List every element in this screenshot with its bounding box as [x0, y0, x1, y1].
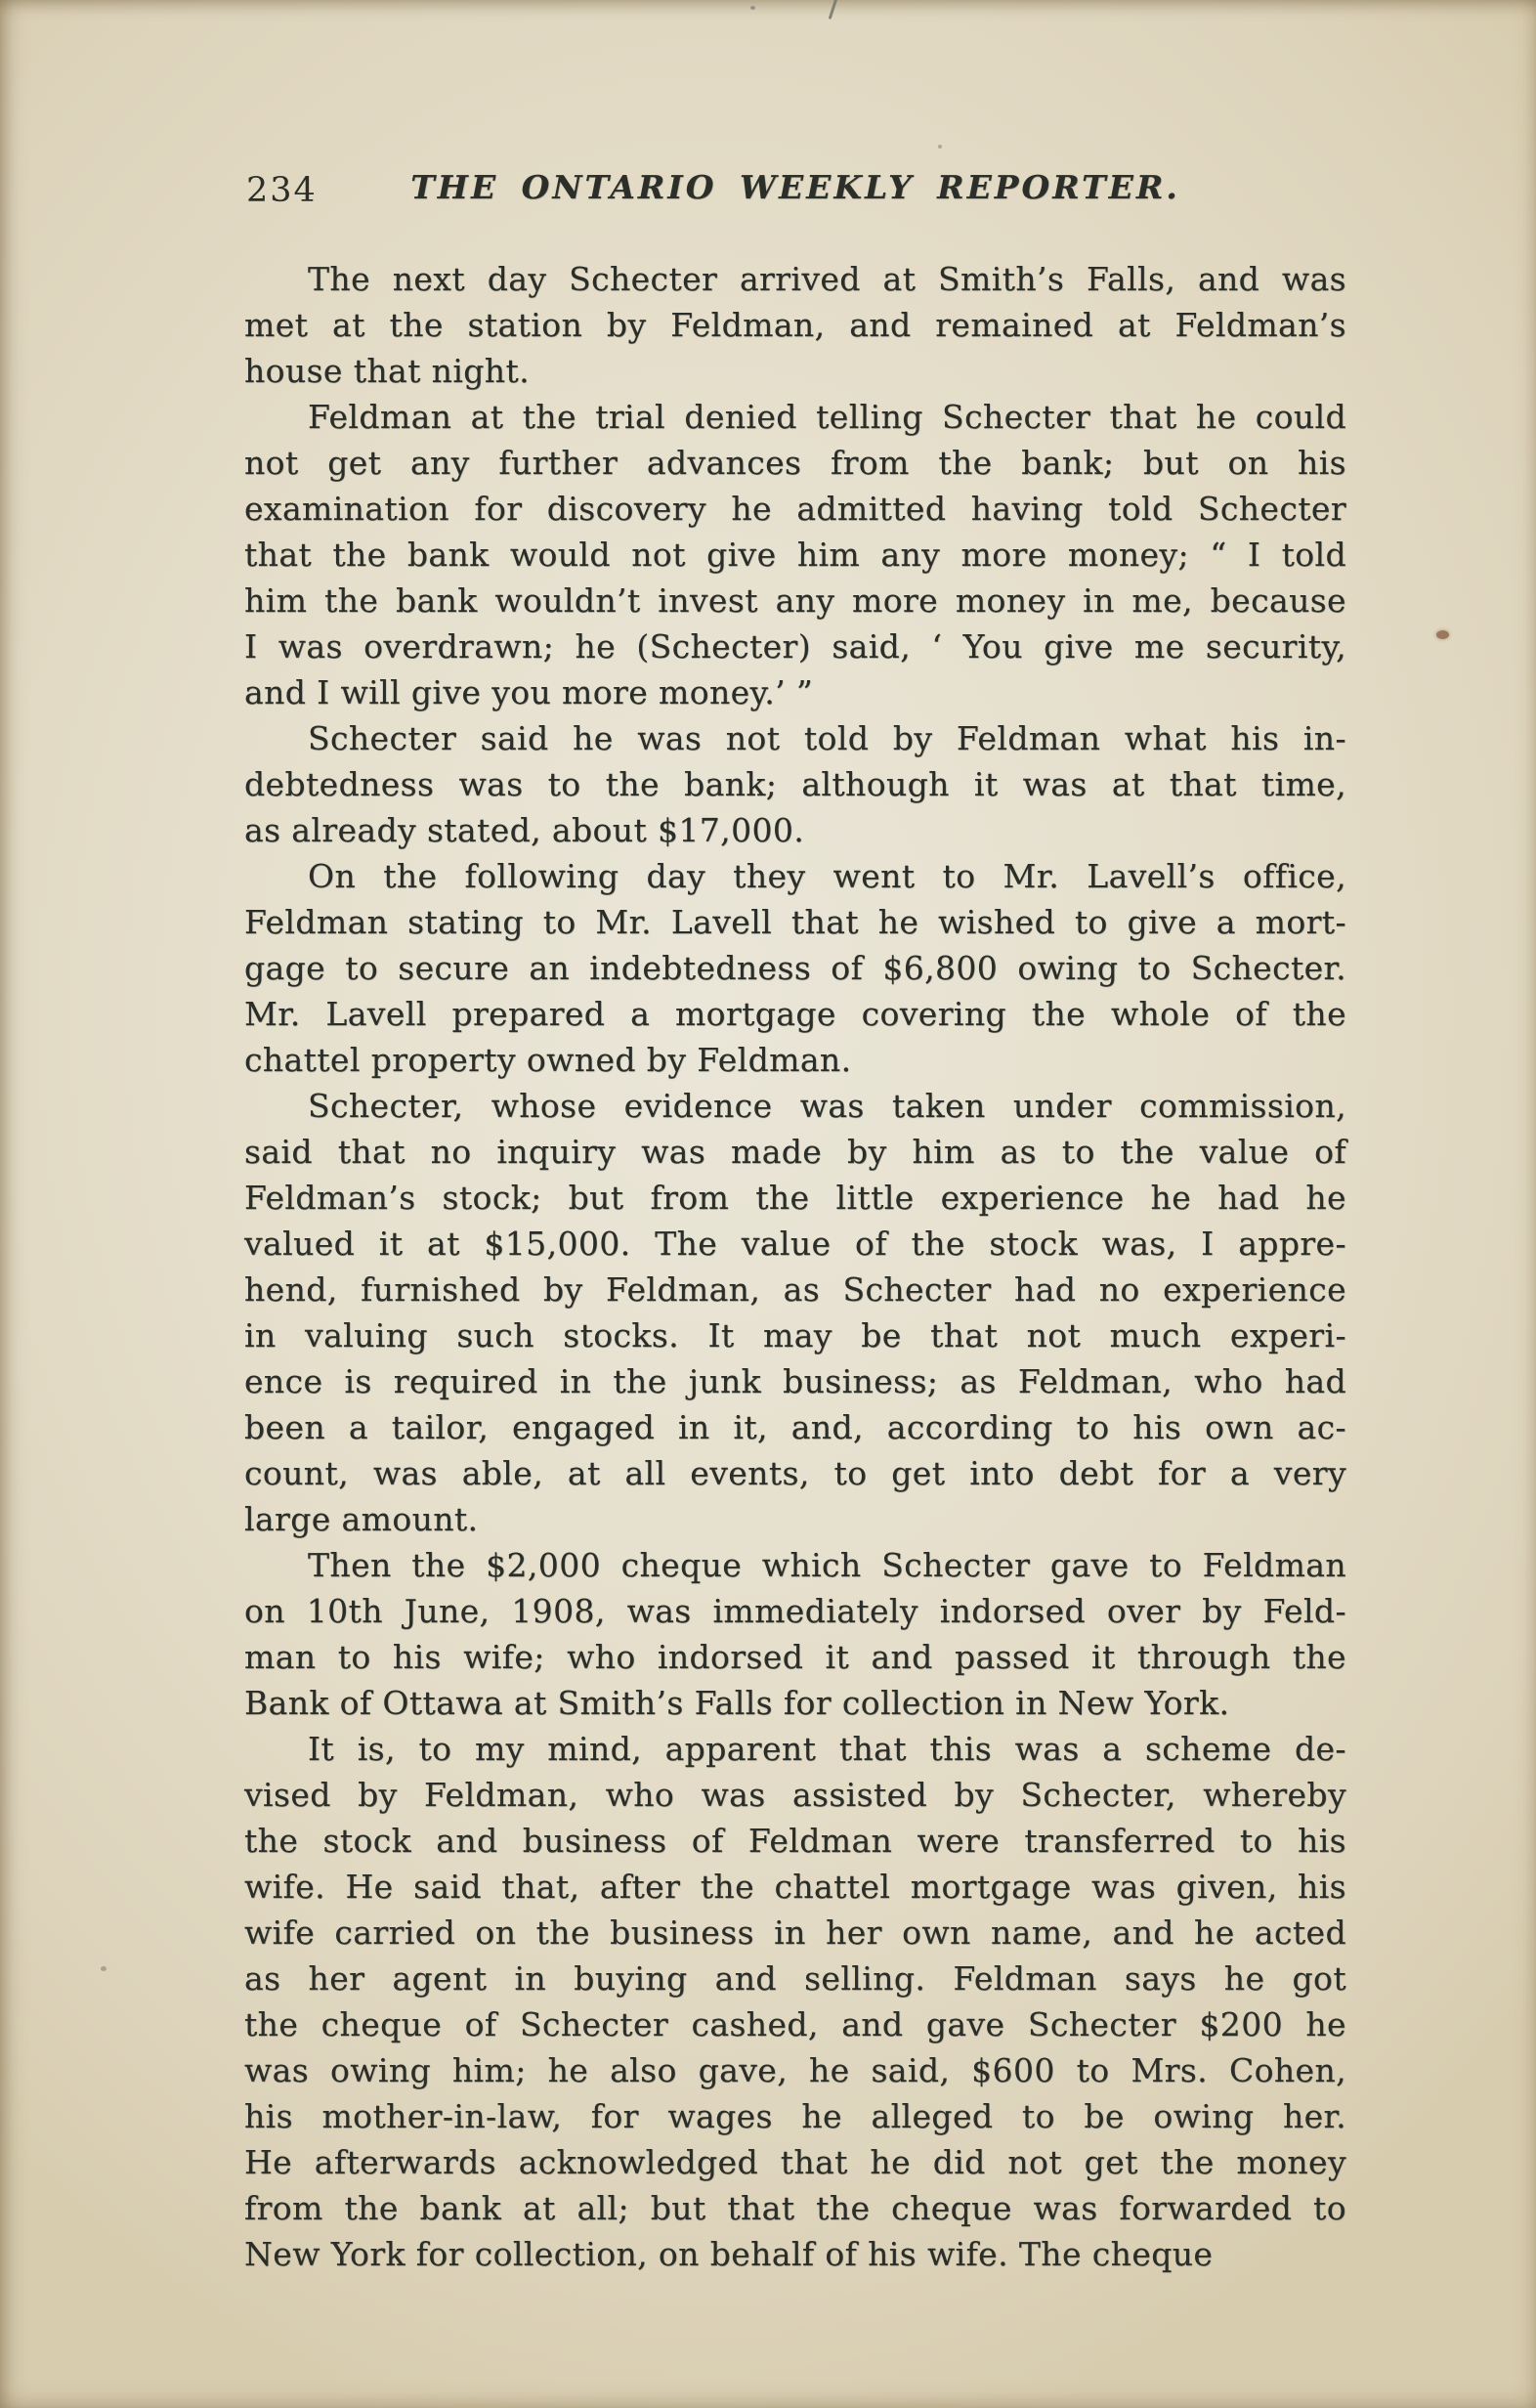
- page-number: 234: [246, 171, 318, 210]
- page-body: The next day Schecter arrived at Smith’s…: [244, 256, 1346, 2277]
- text-line: chattel property owned by Feldman.: [244, 1037, 1346, 1083]
- text-line: It is, to my mind, apparent that this wa…: [244, 1726, 1346, 1772]
- text-line: wife. He said that, after the chattel mo…: [244, 1864, 1346, 1910]
- paragraph: It is, to my mind, apparent that this wa…: [244, 1726, 1346, 2277]
- scan-speck-margin: [101, 1966, 107, 1971]
- text-line: him the bank wouldn’t invest any more mo…: [244, 578, 1346, 623]
- text-line: He afterwards acknowledged that he did n…: [244, 2139, 1346, 2185]
- scan-speck-faint: [938, 145, 942, 149]
- text-line: count, was able, at all events, to get i…: [244, 1450, 1346, 1496]
- text-line: wife carried on the business in her own …: [244, 1910, 1346, 1956]
- scan-speck-slash: [829, 0, 838, 20]
- text-line: been a tailor, engaged in it, and, accor…: [244, 1404, 1346, 1450]
- paragraph: Feldman at the trial denied telling Sche…: [244, 394, 1346, 715]
- text-line: large amount.: [244, 1496, 1346, 1542]
- text-line: the stock and business of Feldman were t…: [244, 1818, 1346, 1864]
- scan-speck-dot: [750, 6, 755, 10]
- text-line: as her agent in buying and selling. Feld…: [244, 1956, 1346, 2001]
- scan-speck-brown: [1436, 630, 1449, 639]
- text-line: On the following day they went to Mr. La…: [244, 853, 1346, 899]
- text-line: ence is required in the junk business; a…: [244, 1358, 1346, 1404]
- text-line: Mr. Lavell prepared a mortgage covering …: [244, 991, 1346, 1037]
- text-line: and I will give you more money.’ ”: [244, 669, 1346, 715]
- text-line: his mother-in-law, for wages he alleged …: [244, 2093, 1346, 2139]
- text-line: Feldman’s stock; but from the little exp…: [244, 1175, 1346, 1221]
- page-header: 234 THE ONTARIO WEEKLY REPORTER.: [244, 168, 1346, 211]
- text-line: examination for discovery he admitted ha…: [244, 486, 1346, 532]
- running-title: THE ONTARIO WEEKLY REPORTER.: [244, 168, 1346, 206]
- text-line: man to his wife; who indorsed it and pas…: [244, 1634, 1346, 1680]
- paragraph: The next day Schecter arrived at Smith’s…: [244, 256, 1346, 394]
- text-line: in valuing such stocks. It may be that n…: [244, 1312, 1346, 1358]
- text-line: not get any further advances from the ba…: [244, 440, 1346, 486]
- text-line: Feldman stating to Mr. Lavell that he wi…: [244, 899, 1346, 945]
- text-line: on 10th June, 1908, was immediately indo…: [244, 1588, 1346, 1634]
- text-line: I was overdrawn; he (Schecter) said, ‘ Y…: [244, 623, 1346, 669]
- text-line: Then the $2,000 cheque which Schecter ga…: [244, 1542, 1346, 1588]
- paragraph: Then the $2,000 cheque which Schecter ga…: [244, 1542, 1346, 1726]
- text-line: Bank of Ottawa at Smith’s Falls for coll…: [244, 1680, 1346, 1726]
- text-line: Schecter, whose evidence was taken under…: [244, 1083, 1346, 1129]
- text-line: The next day Schecter arrived at Smith’s…: [244, 256, 1346, 302]
- text-line: that the bank would not give him any mor…: [244, 532, 1346, 578]
- text-line: the cheque of Schecter cashed, and gave …: [244, 2001, 1346, 2047]
- text-line: New York for collection, on behalf of hi…: [244, 2231, 1346, 2277]
- paragraph: Schecter, whose evidence was taken under…: [244, 1083, 1346, 1542]
- paragraph: Schecter said he was not told by Feldman…: [244, 715, 1346, 853]
- text-line: Feldman at the trial denied telling Sche…: [244, 394, 1346, 440]
- text-line: vised by Feldman, who was assisted by Sc…: [244, 1772, 1346, 1818]
- paragraph: On the following day they went to Mr. La…: [244, 853, 1346, 1083]
- text-line: debtedness was to the bank; although it …: [244, 761, 1346, 807]
- text-line: gage to secure an indebtedness of $6,800…: [244, 945, 1346, 991]
- text-line: as already stated, about $17,000.: [244, 807, 1346, 853]
- text-line: Schecter said he was not told by Feldman…: [244, 715, 1346, 761]
- text-line: said that no inquiry was made by him as …: [244, 1129, 1346, 1175]
- book-page: 234 THE ONTARIO WEEKLY REPORTER. The nex…: [0, 0, 1536, 2408]
- text-line: hend, furnished by Feldman, as Schecter …: [244, 1267, 1346, 1312]
- text-line: was owing him; he also gave, he said, $6…: [244, 2047, 1346, 2093]
- text-line: house that night.: [244, 348, 1346, 394]
- text-line: valued it at $15,000. The value of the s…: [244, 1221, 1346, 1267]
- text-line: met at the station by Feldman, and remai…: [244, 302, 1346, 348]
- text-line: from the bank at all; but that the chequ…: [244, 2185, 1346, 2231]
